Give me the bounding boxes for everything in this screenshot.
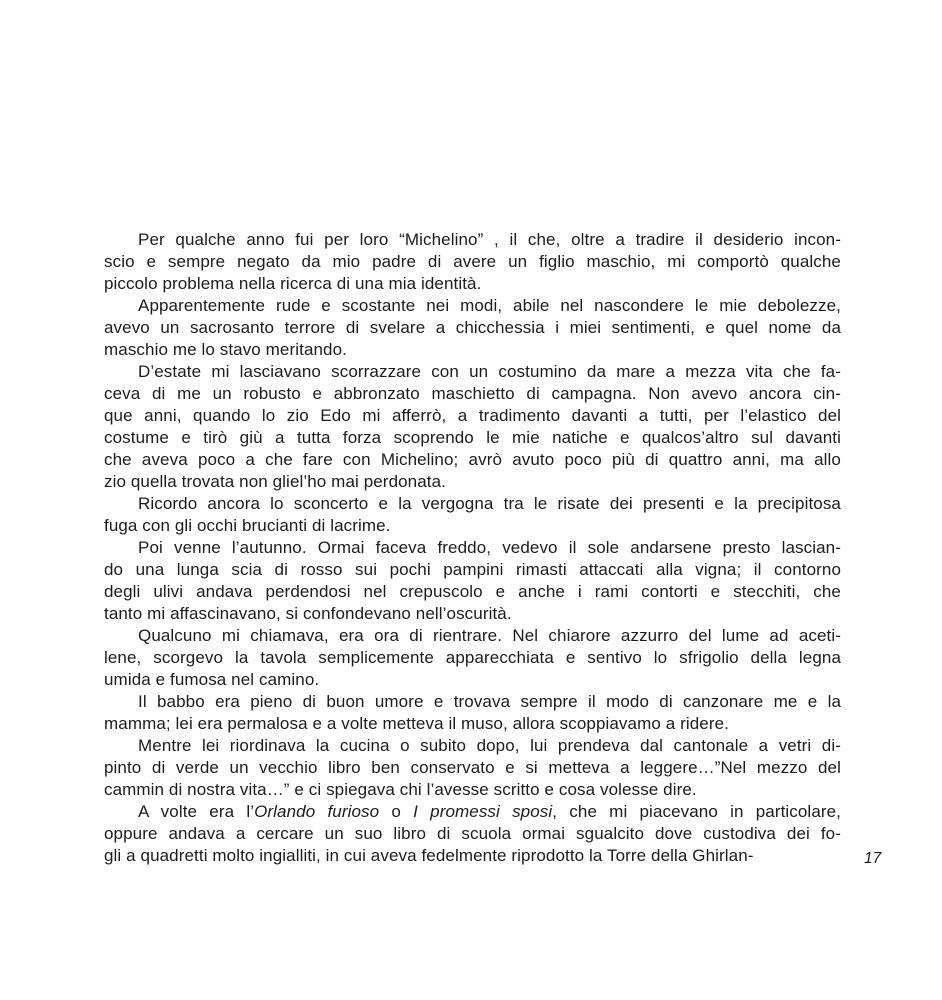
text-line: D’estate mi lasciavano scorrazzare con u…: [104, 361, 841, 383]
text-line: Apparentemente rude e scostante nei modi…: [104, 295, 841, 317]
text-run: Mentre lei riordinava la cucina o subito…: [138, 736, 841, 755]
text-line: oppure andava a cercare un suo libro di …: [104, 823, 841, 845]
text-run: gli a quadretti molto ingialliti, in cui…: [104, 846, 754, 865]
page-number: 17: [864, 848, 904, 870]
text-run: Ricordo ancora lo sconcerto e la vergogn…: [138, 494, 841, 513]
text-run: fuga con gli occhi brucianti di lacrime.: [104, 516, 391, 535]
paragraph: Ricordo ancora lo sconcerto e la vergogn…: [104, 493, 841, 537]
paragraph: Qualcuno mi chiamava, era ora di rientra…: [104, 625, 841, 691]
text-run: tanto mi affascinavano, si confondevano …: [104, 604, 512, 623]
text-run: costume e tirò giù a tutta forza scopren…: [104, 428, 841, 447]
text-line: avevo un sacrosanto terrore di svelare a…: [104, 317, 841, 339]
text-run: lene, scorgevo la tavola semplicemente a…: [104, 648, 841, 667]
text-line: Per qualche anno fui per loro “Michelino…: [104, 229, 841, 251]
text-run: degli ulivi andava perdendosi nel crepus…: [104, 582, 841, 601]
text-run: do una lunga scia di rosso sui pochi pam…: [104, 560, 841, 579]
text-run: que anni, quando lo zio Edo mi afferrò, …: [104, 406, 841, 425]
text-run: Apparentemente rude e scostante nei modi…: [138, 296, 841, 315]
text-run: piccolo problema nella ricerca di una mi…: [104, 274, 481, 293]
text-run: maschio me lo stavo meritando.: [104, 340, 347, 359]
paragraph: Poi venne l’autunno. Ormai faceva freddo…: [104, 537, 841, 625]
text-line: maschio me lo stavo meritando.: [104, 339, 841, 361]
paragraph: D’estate mi lasciavano scorrazzare con u…: [104, 361, 841, 493]
book-title-italic: I promessi sposi: [413, 802, 552, 821]
paragraph: Mentre lei riordinava la cucina o subito…: [104, 735, 841, 801]
text-run: , che mi piacevano in particolare,: [552, 802, 841, 821]
text-run: mamma; lei era permalosa e a volte mette…: [104, 714, 729, 733]
text-line: zio quella trovata non gliel’ho mai perd…: [104, 471, 841, 493]
text-line: gli a quadretti molto ingialliti, in cui…: [104, 845, 841, 867]
text-run: avevo un sacrosanto terrore di svelare a…: [104, 318, 841, 337]
text-run: umida e fumosa nel camino.: [104, 670, 319, 689]
text-run: cammin di nostra vita…” e ci spiegava ch…: [104, 780, 697, 799]
text-run: Poi venne l’autunno. Ormai faceva freddo…: [138, 538, 841, 557]
text-line: lene, scorgevo la tavola semplicemente a…: [104, 647, 841, 669]
text-run: Il babbo era pieno di buon umore e trova…: [138, 692, 841, 711]
text-line: costume e tirò giù a tutta forza scopren…: [104, 427, 841, 449]
text-run: A volte era l’: [138, 802, 254, 821]
text-line: Ricordo ancora lo sconcerto e la vergogn…: [104, 493, 841, 515]
text-line: ceva di me un robusto e abbronzato masch…: [104, 383, 841, 405]
text-run: ceva di me un robusto e abbronzato masch…: [104, 384, 841, 403]
text-line: che aveva poco a che fare con Michelino;…: [104, 449, 841, 471]
paragraph: Il babbo era pieno di buon umore e trova…: [104, 691, 841, 735]
text-run: Qualcuno mi chiamava, era ora di rientra…: [138, 626, 841, 645]
text-line: Poi venne l’autunno. Ormai faceva freddo…: [104, 537, 841, 559]
text-line: Qualcuno mi chiamava, era ora di rientra…: [104, 625, 841, 647]
text-line: Il babbo era pieno di buon umore e trova…: [104, 691, 841, 713]
text-run: che aveva poco a che fare con Michelino;…: [104, 450, 841, 469]
text-line: mamma; lei era permalosa e a volte mette…: [104, 713, 841, 735]
text-line: Mentre lei riordinava la cucina o subito…: [104, 735, 841, 757]
book-page: Per qualche anno fui per loro “Michelino…: [0, 0, 942, 1000]
text-run: zio quella trovata non gliel’ho mai perd…: [104, 472, 446, 491]
book-title-italic: Orlando furioso: [254, 802, 379, 821]
text-line: que anni, quando lo zio Edo mi afferrò, …: [104, 405, 841, 427]
text-run: D’estate mi lasciavano scorrazzare con u…: [138, 362, 841, 381]
text-line: umida e fumosa nel camino.: [104, 669, 841, 691]
text-line: piccolo problema nella ricerca di una mi…: [104, 273, 841, 295]
text-run: o: [379, 802, 413, 821]
text-line: cammin di nostra vita…” e ci spiegava ch…: [104, 779, 841, 801]
text-line: degli ulivi andava perdendosi nel crepus…: [104, 581, 841, 603]
text-run: Per qualche anno fui per loro “Michelino…: [138, 230, 841, 249]
text-line: scio e sempre negato da mio padre di ave…: [104, 251, 841, 273]
text-run: pinto di verde un vecchio libro ben cons…: [104, 758, 841, 777]
text-line: A volte era l’Orlando furioso o I promes…: [104, 801, 841, 823]
paragraph: A volte era l’Orlando furioso o I promes…: [104, 801, 841, 867]
text-line: fuga con gli occhi brucianti di lacrime.: [104, 515, 841, 537]
text-line: pinto di verde un vecchio libro ben cons…: [104, 757, 841, 779]
text-line: do una lunga scia di rosso sui pochi pam…: [104, 559, 841, 581]
text-run: scio e sempre negato da mio padre di ave…: [104, 252, 841, 271]
paragraph: Per qualche anno fui per loro “Michelino…: [104, 229, 841, 295]
text-run: oppure andava a cercare un suo libro di …: [104, 824, 841, 843]
paragraph: Apparentemente rude e scostante nei modi…: [104, 295, 841, 361]
text-line: tanto mi affascinavano, si confondevano …: [104, 603, 841, 625]
text-block: Per qualche anno fui per loro “Michelino…: [104, 229, 841, 867]
